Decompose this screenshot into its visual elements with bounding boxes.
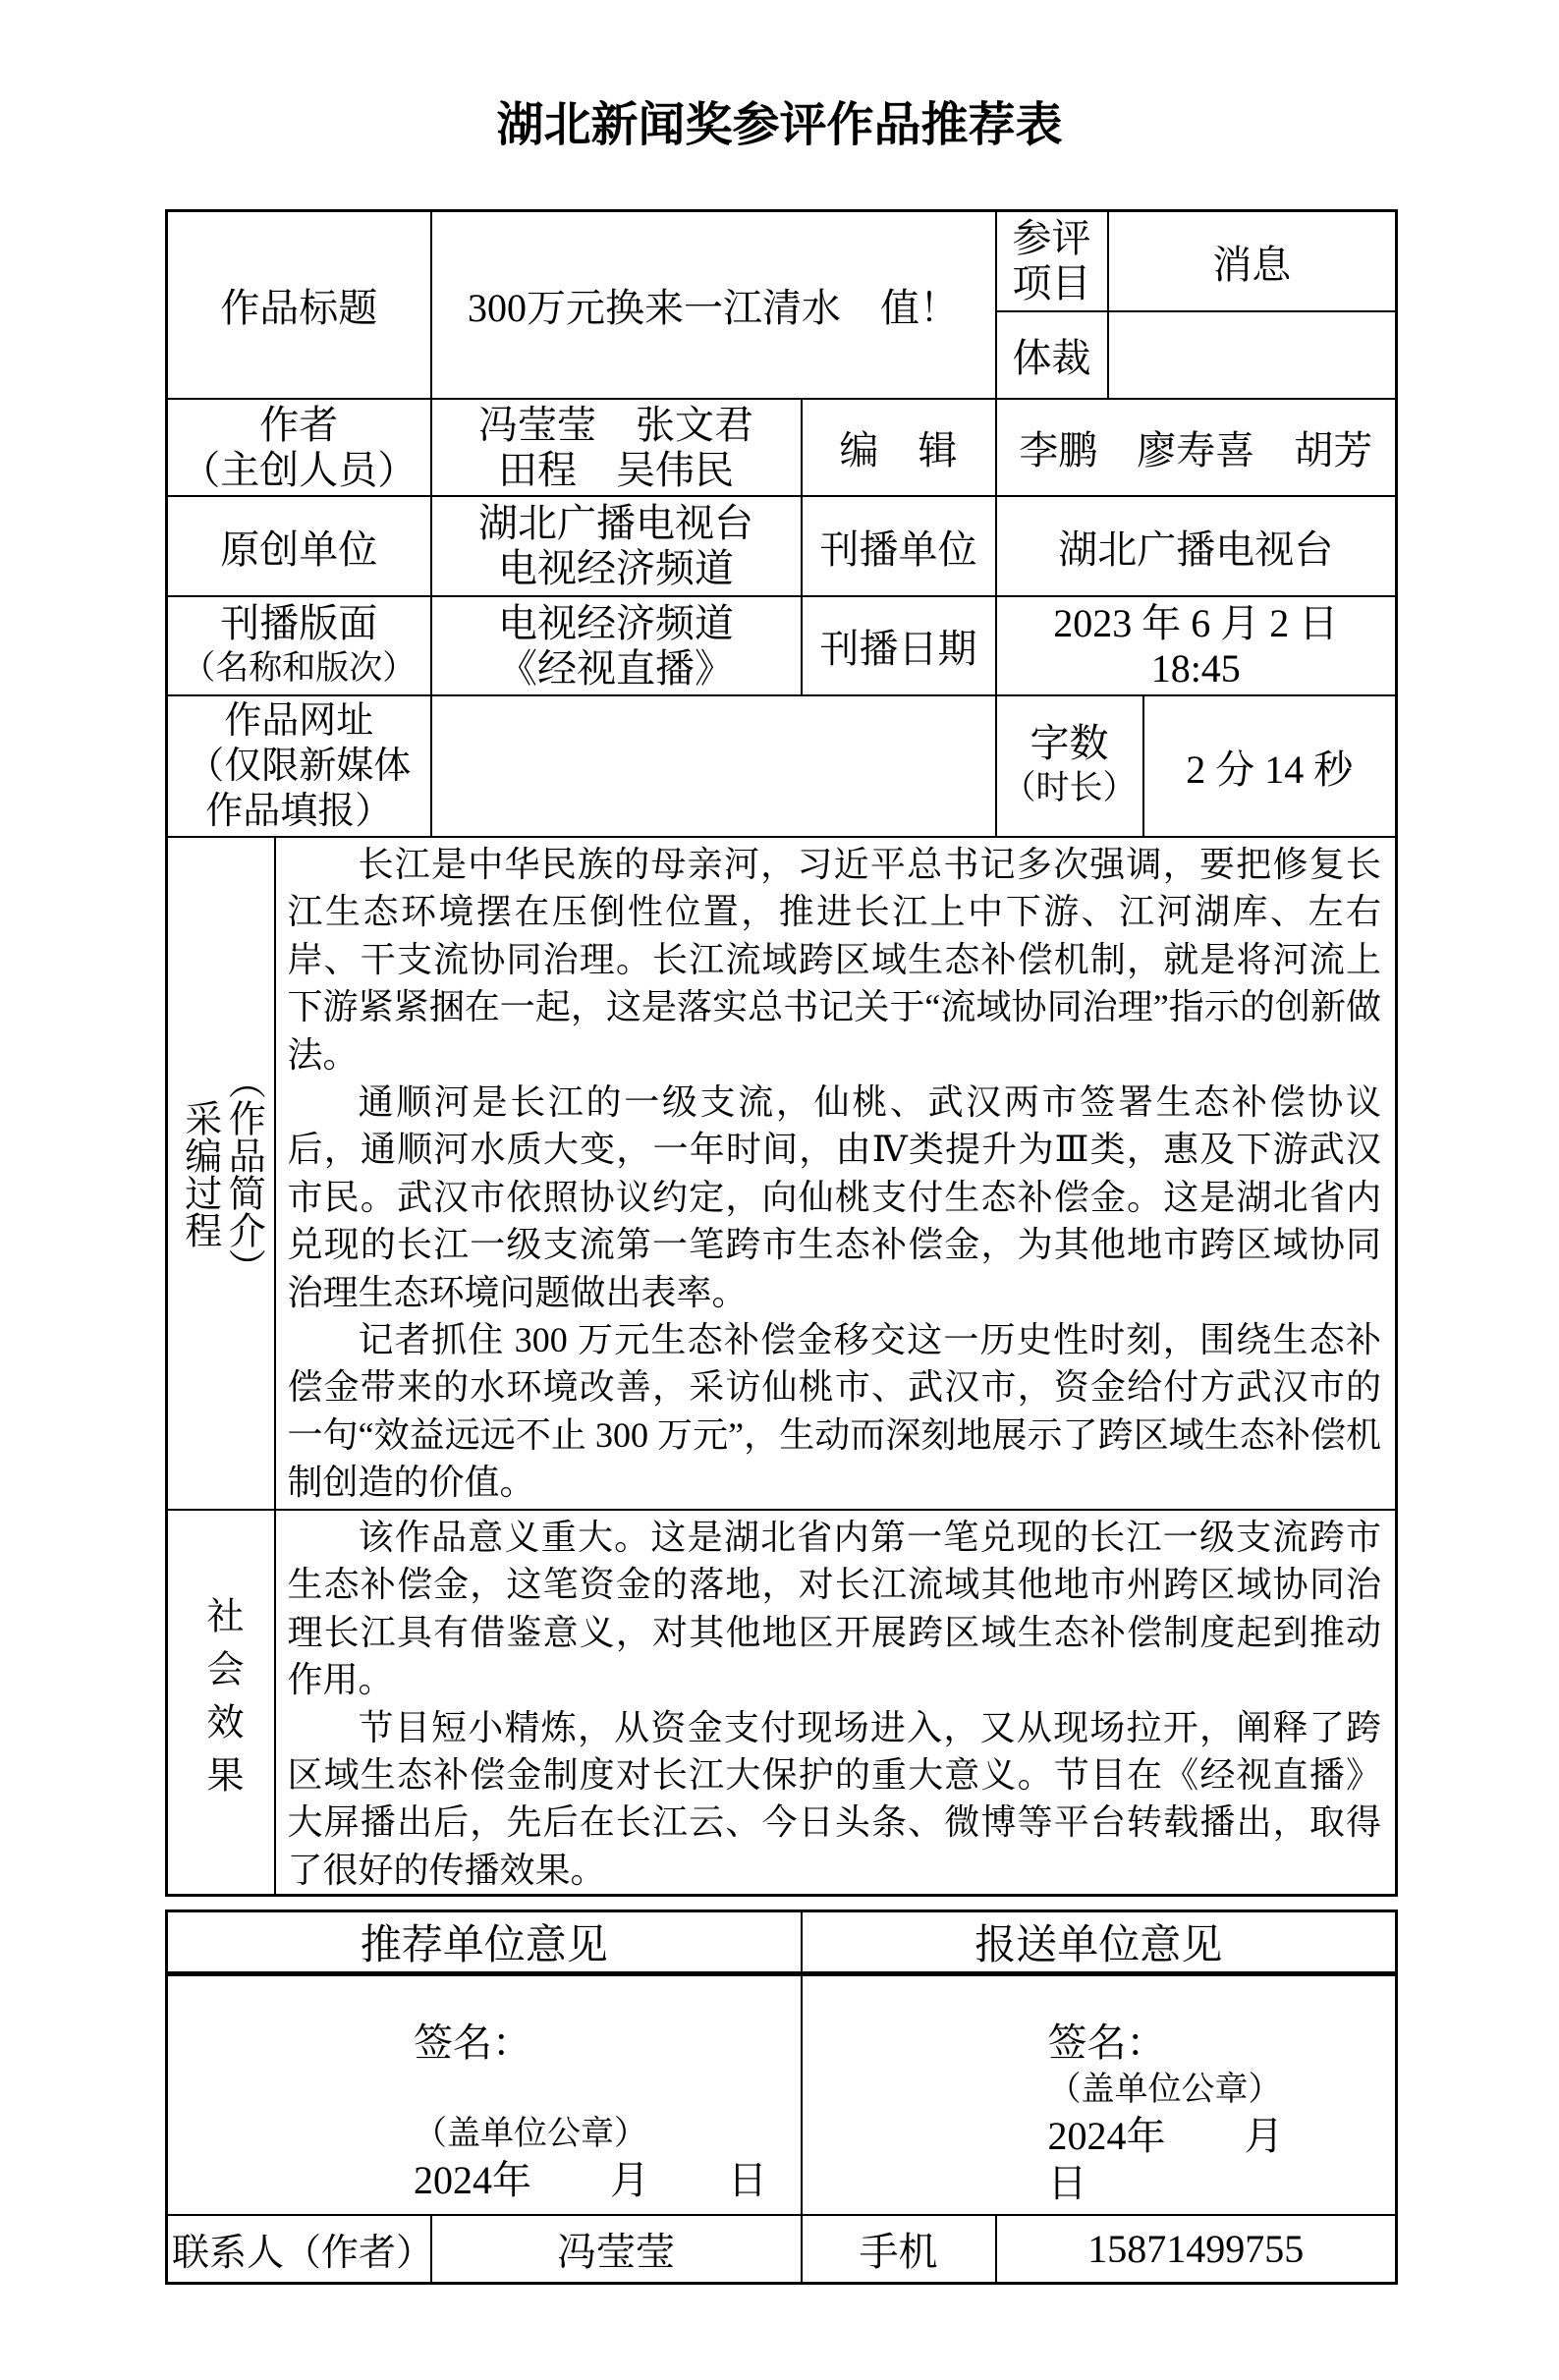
work-url-label-line3: 作品填报） [172,789,426,834]
effect-paragraph: 节目短小精炼，从资金支付现场进入，又从现场拉开，阐释了跨区域生态补偿金制度对长江… [288,1704,1382,1895]
submit-opinion-cell: 签名： （盖单位公章） 2024年 月 日 [802,1974,1397,2216]
editor-label: 编 辑 [802,399,996,496]
recommend-opinion-body: 签名： （盖单位公章） 2024年 月 日 [168,1976,801,2208]
publish-page-value-line2: 《经视直播》 [436,646,797,692]
genre-label: 体裁 [996,311,1108,399]
opinion-table: 推荐单位意见 报送单位意见 签名： （盖单位公章） 2024年 月 日 签名： … [165,1910,1398,2285]
effect-label-text: 社会效果 [199,1596,242,1808]
publish-page-value-line1: 电视经济频道 [436,601,797,646]
work-url-value [431,695,996,837]
document-title: 湖北新闻奖参评作品推荐表 [0,98,1559,152]
submit-date-line: 2024年 月 日 [1048,2113,1396,2207]
work-title-label: 作品标题 [167,211,431,400]
process-label: 采编过程 （作品简介） [172,1062,270,1286]
contact-name: 冯莹莹 [431,2215,802,2284]
process-label-col1: 采编过程 [178,1099,220,1248]
original-unit-value-line1: 湖北广播电视台 [436,501,797,546]
author-value-line2: 田程 吴伟民 [436,448,797,493]
effect-paragraph: 该作品意义重大。这是湖北省内第一笔兑现的长江一级支流跨市生态补偿金，这笔资金的落… [288,1514,1382,1704]
phone-label: 手机 [802,2215,996,2284]
entry-category-label: 参评项目 [996,211,1108,312]
recommend-seal-block: （盖单位公章） 2024年 月 日 [414,2112,767,2208]
effect-content: 该作品意义重大。这是湖北省内第一笔兑现的长江一级支流跨市生态补偿金，这笔资金的落… [275,1510,1397,1896]
recommend-opinion-header: 推荐单位意见 [167,1911,802,1974]
word-count-label-line2: （时长） [1001,766,1139,811]
process-label-cell: 采编过程 （作品简介） [167,837,275,1510]
submit-seal-block: （盖单位公章） 2024年 月 日 [1048,2068,1396,2211]
publish-date-value-line1: 2023 年 6 月 2 日 [1001,601,1392,646]
recommend-date-line: 2024年 月 日 [414,2157,767,2204]
word-count-label-line1: 字数 [1001,721,1139,766]
recommend-seal-note: （盖单位公章） [414,2112,767,2157]
recommend-opinion-cell: 签名： （盖单位公章） 2024年 月 日 [167,1974,802,2216]
process-paragraph: 记者抓住 300 万元生态补偿金移交这一历史性时刻，围绕生态补偿金带来的水环境改… [288,1316,1382,1507]
genre-value [1108,311,1397,399]
process-paragraph: 长江是中华民族的母亲河，习近平总书记多次强调，要把修复长江生态环境摆在压倒性位置… [288,841,1382,1079]
effect-label-cell: 社会效果 [167,1510,275,1896]
entry-category-value: 消息 [1108,211,1397,312]
original-unit-label: 原创单位 [167,496,431,596]
submit-seal-note: （盖单位公章） [1048,2068,1396,2113]
submit-opinion-header: 报送单位意见 [802,1911,1397,1974]
publish-date-label: 刊播日期 [802,596,996,695]
publish-page-value: 电视经济频道 《经视直播》 [431,596,802,695]
publish-page-label: 刊播版面 （名称和版次） [167,596,431,695]
work-url-label: 作品网址 （仅限新媒体 作品填报） [167,695,431,837]
author-value-line1: 冯莹莹 张文君 [436,403,797,448]
work-url-label-line1: 作品网址 [172,698,426,744]
recommend-sign-label: 签名： [414,2012,531,2068]
process-content: 长江是中华民族的母亲河，习近平总书记多次强调，要把修复长江生态环境摆在压倒性位置… [275,837,1397,1510]
author-label-line1: 作者 [172,403,426,448]
publish-page-label-line1: 刊播版面 [172,601,426,646]
process-paragraph: 通顺河是长江的一级支流，仙桃、武汉两市签署生态补偿协议后，通顺河水质大变，一年时… [288,1079,1382,1316]
phone-value: 15871499755 [996,2215,1397,2284]
publish-page-label-line2: （名称和版次） [172,646,426,692]
work-url-label-line2: （仅限新媒体 [172,744,426,789]
original-unit-value-line2: 电视经济频道 [436,546,797,591]
process-label-col2: （作品简介） [222,1062,264,1286]
publish-date-value-line2: 18:45 [1001,646,1392,692]
publish-unit-label: 刊播单位 [802,496,996,596]
contact-label: 联系人（作者） [167,2215,431,2284]
word-count-label: 字数 （时长） [996,695,1143,837]
work-title-value: 300万元换来一江清水 值！ [431,211,996,400]
effect-label: 社会效果 [172,1596,270,1808]
work-info-table: 作品标题 300万元换来一江清水 值！ 参评项目 消息 体裁 作者 （主创人员）… [165,209,1398,1897]
submit-sign-label: 签名： [1048,2012,1166,2068]
author-label: 作者 （主创人员） [167,399,431,496]
form-page: 湖北新闻奖参评作品推荐表 作品标题 300万元换来一江清水 值！ 参评项目 消息… [0,0,1559,2380]
submit-opinion-body: 签名： （盖单位公章） 2024年 月 日 [803,1976,1396,2208]
author-label-line2: （主创人员） [172,448,426,493]
original-unit-value: 湖北广播电视台 电视经济频道 [431,496,802,596]
author-value: 冯莹莹 张文君 田程 吴伟民 [431,399,802,496]
word-count-value: 2 分 14 秒 [1143,695,1397,837]
editor-value: 李鹏 廖寿喜 胡芳 [996,399,1397,496]
publish-unit-value: 湖北广播电视台 [996,496,1397,596]
publish-date-value: 2023 年 6 月 2 日 18:45 [996,596,1397,695]
